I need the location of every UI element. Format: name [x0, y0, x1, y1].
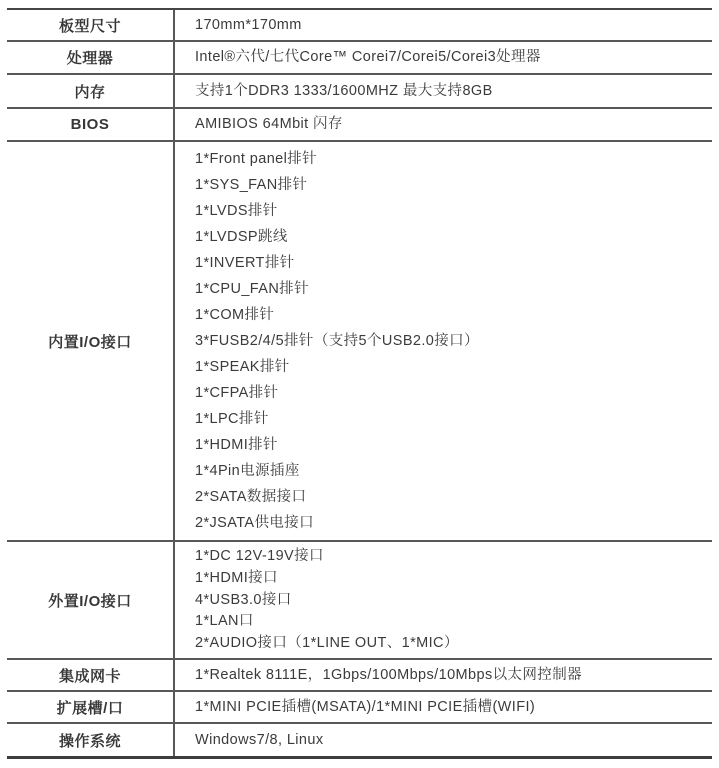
table-row: 处理器Intel®六代/七代Core™ Corei7/Corei5/Corei3…	[7, 42, 712, 75]
row-value-line: 2*SATA数据接口	[195, 488, 702, 507]
row-value-line: 1*INVERT排针	[195, 254, 702, 273]
row-value-line: 170mm*170mm	[195, 16, 702, 35]
row-value-line: 1*Front panel排针	[195, 150, 702, 169]
row-values: 1*Realtek 8111E，1Gbps/100Mbps/10Mbps以太网控…	[175, 660, 712, 690]
row-values: Intel®六代/七代Core™ Corei7/Corei5/Corei3处理器	[175, 42, 712, 73]
row-label: 处理器	[7, 42, 175, 73]
row-value-line: 1*LVDS排针	[195, 202, 702, 221]
row-value-line: 1*MINI PCIE插槽(MSATA)/1*MINI PCIE插槽(WIFI)	[195, 698, 702, 717]
row-label: 操作系统	[7, 724, 175, 756]
row-value-line: 1*SYS_FAN排针	[195, 176, 702, 195]
row-value-line: 1*CPU_FAN排针	[195, 280, 702, 299]
table-row: 板型尺寸170mm*170mm	[7, 10, 712, 42]
row-value-line: 1*SPEAK排针	[195, 358, 702, 377]
row-label: BIOS	[7, 109, 175, 140]
row-value-line: 支持1个DDR3 1333/1600MHZ 最大支持8GB	[195, 82, 702, 101]
table-row: 操作系统Windows7/8, Linux	[7, 724, 712, 756]
row-label: 内存	[7, 75, 175, 107]
row-value-line: 1*COM排针	[195, 306, 702, 325]
table-row: 外置I/O接口1*DC 12V-19V接口1*HDMI接口4*USB3.0接口1…	[7, 542, 712, 660]
table-row: BIOSAMIBIOS 64Mbit 闪存	[7, 109, 712, 142]
table-row: 扩展槽/口1*MINI PCIE插槽(MSATA)/1*MINI PCIE插槽(…	[7, 692, 712, 724]
row-values: 1*DC 12V-19V接口1*HDMI接口4*USB3.0接口1*LAN口2*…	[175, 542, 712, 658]
row-value-line: 2*JSATA供电接口	[195, 514, 702, 533]
row-value-line: Intel®六代/七代Core™ Corei7/Corei5/Corei3处理器	[195, 48, 702, 67]
row-value-line: 3*FUSB2/4/5排针（支持5个USB2.0接口）	[195, 332, 702, 351]
row-value-line: 1*LVDSP跳线	[195, 228, 702, 247]
row-value-line: 1*CFPA排针	[195, 384, 702, 403]
row-label: 内置I/O接口	[7, 142, 175, 540]
row-value-line: 2*AUDIO接口（1*LINE OUT、1*MIC）	[195, 634, 702, 653]
row-values: AMIBIOS 64Mbit 闪存	[175, 109, 712, 140]
table-row: 内存支持1个DDR3 1333/1600MHZ 最大支持8GB	[7, 75, 712, 109]
table-row: 集成网卡1*Realtek 8111E，1Gbps/100Mbps/10Mbps…	[7, 660, 712, 692]
row-value-line: 1*HDMI排针	[195, 436, 702, 455]
row-value-line: 1*LPC排针	[195, 410, 702, 429]
row-values: 1*Front panel排针1*SYS_FAN排针1*LVDS排针1*LVDS…	[175, 142, 712, 540]
row-value-line: 1*4Pin电源插座	[195, 462, 702, 481]
table-row: 内置I/O接口1*Front panel排针1*SYS_FAN排针1*LVDS排…	[7, 142, 712, 542]
row-value-line: 1*Realtek 8111E，1Gbps/100Mbps/10Mbps以太网控…	[195, 666, 702, 685]
row-value-line: 4*USB3.0接口	[195, 591, 702, 610]
row-value-line: AMIBIOS 64Mbit 闪存	[195, 115, 702, 134]
row-values: 1*MINI PCIE插槽(MSATA)/1*MINI PCIE插槽(WIFI)	[175, 692, 712, 722]
row-value-line: 1*DC 12V-19V接口	[195, 547, 702, 566]
row-value-line: Windows7/8, Linux	[195, 731, 702, 750]
row-label: 集成网卡	[7, 660, 175, 690]
row-values: 支持1个DDR3 1333/1600MHZ 最大支持8GB	[175, 75, 712, 107]
row-value-line: 1*HDMI接口	[195, 569, 702, 588]
row-values: 170mm*170mm	[175, 10, 712, 40]
row-label: 扩展槽/口	[7, 692, 175, 722]
spec-table: 板型尺寸170mm*170mm处理器Intel®六代/七代Core™ Corei…	[7, 8, 712, 759]
row-value-line: 1*LAN口	[195, 612, 702, 631]
row-label: 板型尺寸	[7, 10, 175, 40]
row-label: 外置I/O接口	[7, 542, 175, 658]
row-values: Windows7/8, Linux	[175, 724, 712, 756]
